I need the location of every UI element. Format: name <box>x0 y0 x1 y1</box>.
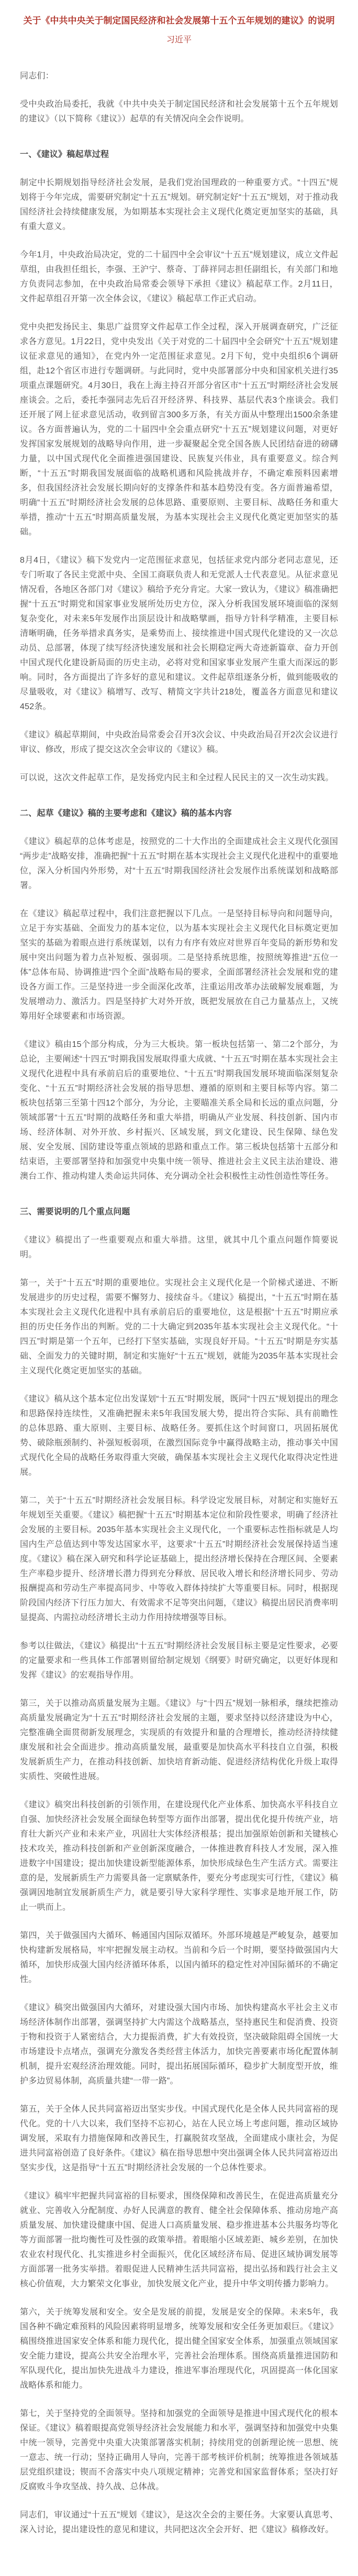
paragraph: 同志们，审议通过“十五五”规划《建议》，是这次全会的主要任务。大家要认真思考、深… <box>20 2508 338 2537</box>
paragraph: 第一，关于“十五五”时期的重要地位。实现社会主义现代化是一个阶梯式递进、不断发展… <box>20 1276 338 1378</box>
paragraph: 受中央政治局委托，我就《中共中央关于制定国民经济和社会发展第十五个五年规划的建议… <box>20 97 338 127</box>
document-body: 同志们：受中央政治局委托，我就《中共中央关于制定国民经济和社会发展第十五个五年规… <box>20 69 338 2537</box>
paragraph: 《建议》稿从这个基本定位出发谋划“十五五”时期发展，既同“十四五”规划提出的理念… <box>20 1392 338 1480</box>
paragraph: 《建议》稿突出做强国内大循环，对建设强大国内市场、加快构建高水平社会主义市场经济… <box>20 2001 338 2089</box>
paragraph: 《建议》稿由15个部分构成，分为三大板块。第一板块包括第一、第二2个部分，为总论… <box>20 1038 338 1184</box>
paragraph: 第五，关于全体人民共同富裕迈出坚实步伐。中国式现代化是全体人民共同富裕的现代化。… <box>20 2102 338 2175</box>
paragraph: 今年1月，中央政治局决定，党的二十届四中全会审议“十五五”规划建议，成立文件起草… <box>20 248 338 306</box>
document-author: 习近平 <box>20 33 338 45</box>
paragraph: 可以说，这次文件起草工作，是发扬党内民主和全过程人民民主的又一次生动实践。 <box>20 771 338 785</box>
paragraph: 第七，关于坚持党的全面领导。坚持和加强党的全面领导是推进中国式现代化的根本保证。… <box>20 2407 338 2494</box>
section-heading: 二、起草《建议》稿的主要考虑和《建议》稿的基本内容 <box>20 806 338 821</box>
paragraph: 《建议》稿起草的总体考虑是，按照党的二十大作出的全面建成社会主义现代化强国“两步… <box>20 835 338 893</box>
paragraph: 《建议》稿突出科技创新的引领作用，在建设现代化产业体系、加快高水平科技自立自强、… <box>20 1798 338 1915</box>
paragraph: 《建议》稿提出了一些重要观点和重大举措。这里，就其中几个重点问题作简要说明。 <box>20 1233 338 1262</box>
article-page: 关于《中共中央关于制定国民经济和社会发展第十五个五年规划的建议》的说明 习近平 … <box>0 0 358 2576</box>
paragraph: 《建议》稿牢牢把握共同富裕的目标要求，围绕保障和改善民生，在促进高质量充分就业、… <box>20 2189 338 2292</box>
paragraph: 在《建议》稿起草过程中，我们注意把握以下几点。一是坚持目标导向和问题导向，立足于… <box>20 907 338 1024</box>
paragraph: 第二，关于“十五五”时期经济社会发展目标。科学设定发展目标，对制定和实施好五年规… <box>20 1494 338 1625</box>
document-title: 关于《中共中央关于制定国民经济和社会发展第十五个五年规划的建议》的说明 <box>20 14 338 28</box>
paragraph: 同志们： <box>20 69 338 84</box>
paragraph: 参考以往做法，《建议》稿提出“十五五”时期经济社会发展目标主要是定性要求，必要的… <box>20 1639 338 1683</box>
section-heading: 一、《建议》稿起草过程 <box>20 147 338 162</box>
paragraph: 第六，关于统筹发展和安全。安全是发展的前提，发展是安全的保障。未来5年，我国各种… <box>20 2305 338 2393</box>
paragraph: 制定中长期规划指导经济社会发展，是我们党治国理政的一种重要方式。“十四五”规划将… <box>20 176 338 234</box>
paragraph: 党中央把发扬民主、集思广益贯穿文件起草工作全过程，深入开展调查研究，广泛征求各方… <box>20 320 338 540</box>
paragraph: 《建议》稿起草期间，中央政治局常委会召开3次会议、中央政治局召开2次会议进行审议… <box>20 728 338 757</box>
paragraph: 8月4日，《建议》稿下发党内一定范围征求意见，包括征求党内部分老同志意见，还专门… <box>20 553 338 714</box>
paragraph: 第四，关于做强国内大循环、畅通国内国际双循环。外部环境越是严峻复杂，越要加快构建… <box>20 1929 338 1987</box>
section-heading: 三、需要说明的几个重点问题 <box>20 1205 338 1219</box>
paragraph: 第三，关于以推动高质量发展为主题。《建议》与“十四五”规划一脉相承，继续把推动高… <box>20 1696 338 1784</box>
